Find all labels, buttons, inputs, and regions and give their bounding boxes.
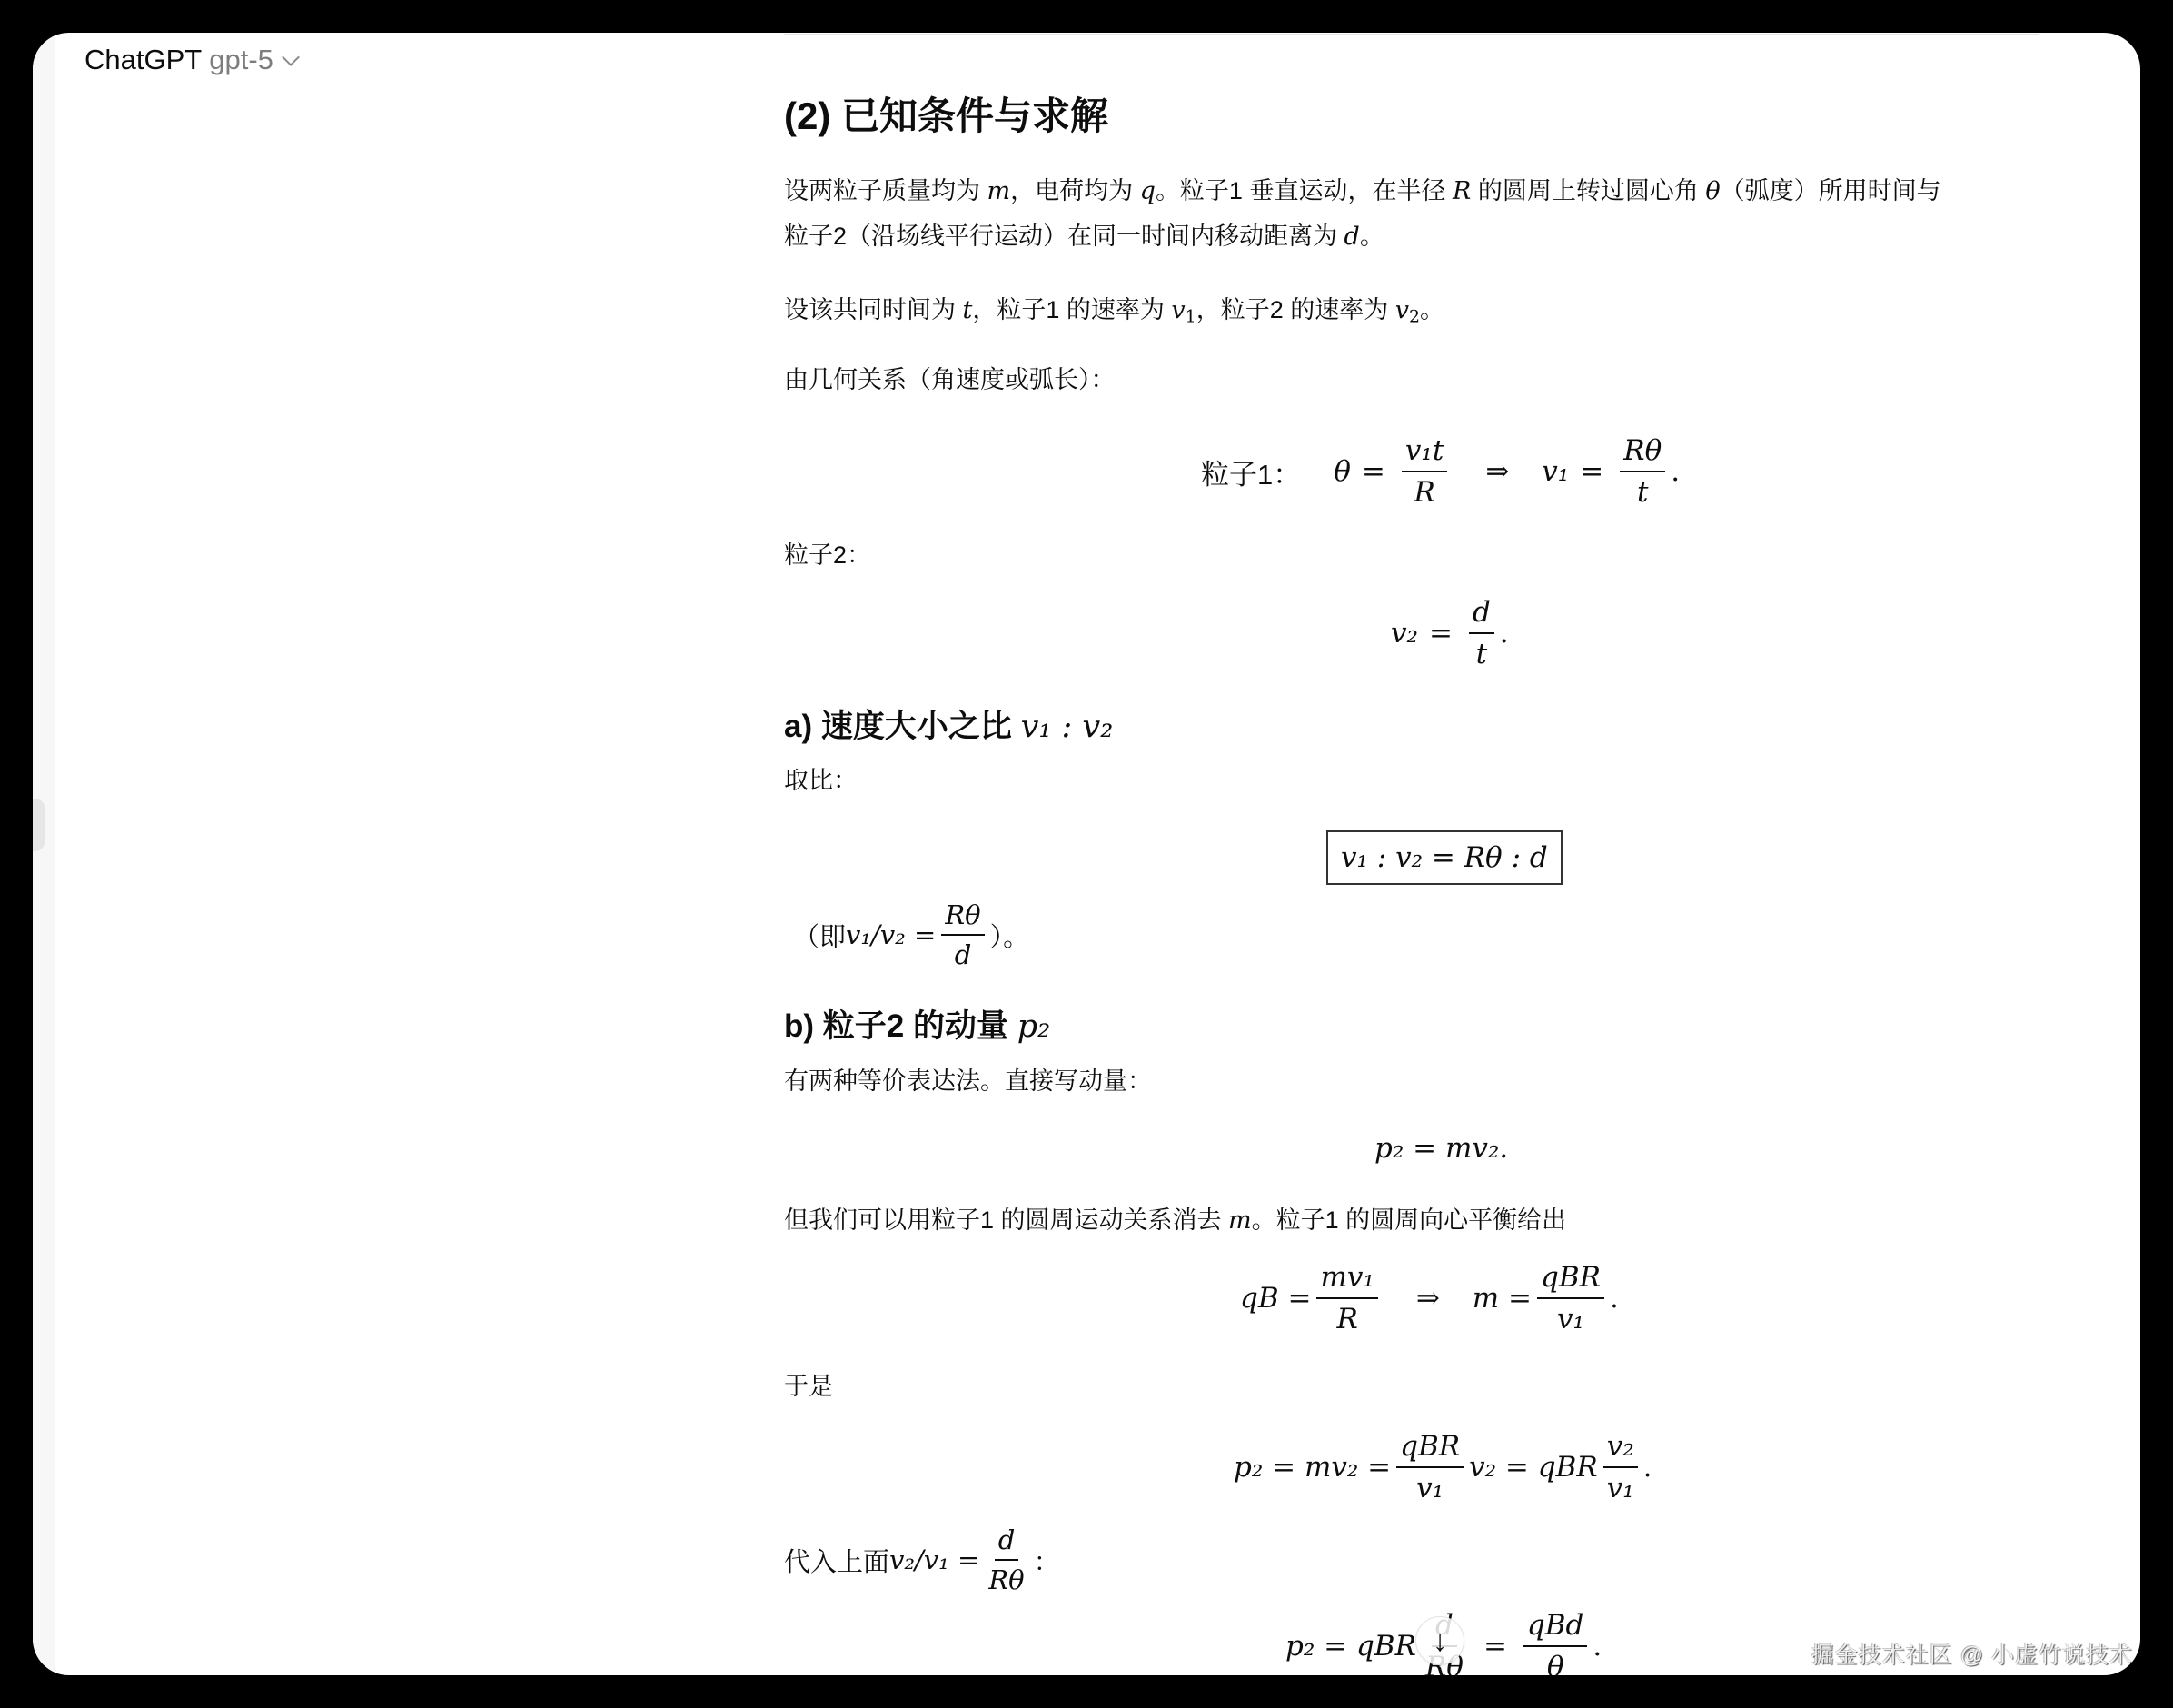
intro-line-2: 粒子2（沿场线平行运动）在同一时间内移动距离为 d。 — [784, 224, 1384, 249]
text: （即 — [793, 917, 846, 954]
chat-window: ChatGPT gpt-5 (2) 已知条件与求解 设两粒子质量均为 m，电荷均… — [33, 33, 2140, 1675]
model-selector[interactable]: ChatGPT gpt-5 — [84, 44, 297, 76]
math: v₁ : v₂ = Rθ : d — [1341, 841, 1548, 874]
take-ratio-text: 取比： — [784, 769, 858, 793]
thus-text: 于是 — [784, 1375, 833, 1399]
section-title: (2) 已知条件与求解 — [784, 86, 1108, 141]
math-v1: v1 — [1171, 296, 1196, 324]
arrow-down-icon: ↓ — [1433, 1624, 1447, 1658]
math: v₂/v₁ = — [889, 1544, 979, 1575]
text: ）。 — [990, 917, 1030, 954]
text: 但我们可以用粒子1 的圆周运动关系消去 — [784, 1207, 1228, 1234]
heading-math: p₂ — [1017, 1008, 1050, 1045]
fraction: v₁tR — [1402, 434, 1447, 509]
equation-momentum-chain: p₂ = mv₂ = qBRv₁ v₂ = qBR v₂v₁. — [1234, 1430, 1652, 1504]
text: ，粒子1 的速率为 — [972, 296, 1171, 323]
sidebar-divider — [33, 313, 55, 313]
text: 设该共同时间为 — [784, 296, 963, 323]
fraction: Rθd — [941, 899, 984, 970]
math-q: q — [1140, 177, 1156, 205]
implies-symbol: ⇒ — [1485, 455, 1509, 488]
text: 。粒子1 垂直运动，在半径 — [1156, 177, 1453, 204]
ratio-note: （即 v₁/v₂ = Rθd ）。 — [793, 899, 1029, 970]
heading-math: v₁ : v₂ — [1021, 709, 1114, 745]
text: 的圆周上转过圆心角 — [1471, 177, 1705, 204]
text: ，电荷均为 — [1010, 177, 1140, 204]
math-m: m — [1228, 1207, 1252, 1235]
text: 。 — [1420, 296, 1444, 323]
model-name: gpt-5 — [209, 44, 273, 76]
text: （弧度）所用时间与 — [1721, 177, 1941, 204]
eq-label: 粒子1： — [1201, 452, 1301, 492]
math: v₂ — [1391, 617, 1418, 650]
geometry-intro: 由几何关系（角速度或弧长）： — [784, 368, 1116, 392]
fraction: Rθt — [1620, 434, 1665, 509]
equation-momentum: p₂ = mv₂. — [1374, 1132, 1508, 1165]
math-t: t — [963, 296, 973, 324]
math: m = — [1473, 1282, 1532, 1315]
text: ，粒子2 的速率为 — [1196, 296, 1395, 323]
scroll-to-bottom-button[interactable]: ↓ — [1415, 1616, 1464, 1665]
heading-text: b) 粒子2 的动量 — [784, 1008, 1017, 1044]
math-theta: θ — [1705, 177, 1720, 205]
particle2-label: 粒子2： — [784, 543, 871, 568]
sidebar-collapsed[interactable] — [33, 33, 55, 1675]
math: p₂ = mv₂. — [1374, 1132, 1508, 1165]
math-v2: v2 — [1395, 296, 1420, 324]
fraction: qBRv₁ — [1396, 1430, 1464, 1504]
fraction: dRθ — [985, 1524, 1027, 1595]
sidebar-resize-handle[interactable] — [33, 799, 45, 851]
math: v₁/v₂ = — [846, 919, 936, 950]
fraction: mv₁R — [1316, 1261, 1377, 1336]
app-name: ChatGPT — [84, 44, 202, 76]
watermark: 掘金技术社区 @ 小虚竹说技术 — [1811, 1637, 2133, 1670]
math-R: R — [1453, 177, 1471, 205]
intro-line-1: 设两粒子质量均为 m，电荷均为 q。粒子1 垂直运动，在半径 R 的圆周上转过圆… — [784, 179, 1941, 204]
math: p₂ = qBR — [1285, 1630, 1416, 1663]
text: 。粒子1 的圆周向心平衡给出 — [1252, 1207, 1567, 1234]
math: θ — [1334, 455, 1351, 488]
equation-particle2: v₂= dt. — [1391, 596, 1509, 670]
math-m: m — [987, 177, 1011, 205]
implies-symbol: ⇒ — [1416, 1282, 1440, 1315]
text: ： — [1034, 1542, 1060, 1579]
heading-text: a) 速度大小之比 — [784, 709, 1021, 744]
substitute-text: 代入上面 v₂/v₁ = dRθ ： — [784, 1524, 1060, 1595]
fraction: v₂v₁ — [1603, 1430, 1638, 1504]
assistant-message: (2) 已知条件与求解 设两粒子质量均为 m，电荷均为 q。粒子1 垂直运动，在… — [784, 33, 2056, 1675]
math: v₁ — [1542, 455, 1569, 488]
fraction: qBdθ — [1523, 1609, 1587, 1675]
part-a-heading: a) 速度大小之比 v₁ : v₂ — [784, 701, 1113, 747]
equation-centripetal: qB = mv₁R ⇒ m = qBRv₁. — [1240, 1261, 1619, 1336]
time-speed-definition: 设该共同时间为 t，粒子1 的速率为 v1，粒子2 的速率为 v2。 — [784, 298, 1444, 326]
math: v₂ = qBR — [1469, 1451, 1598, 1484]
equation-particle1: 粒子1： θ= v₁tR ⇒ v₁= Rθt. — [1201, 434, 1680, 509]
fraction: dt — [1469, 596, 1494, 670]
text: 粒子2（沿场线平行运动）在同一时间内移动距离为 — [784, 223, 1344, 250]
text: 。 — [1360, 223, 1384, 250]
fraction: qBRv₁ — [1537, 1261, 1604, 1336]
text: 设两粒子质量均为 — [784, 177, 987, 204]
text: 代入上面 — [784, 1542, 889, 1579]
momentum-intro: 有两种等价表达法。直接写动量： — [784, 1069, 1152, 1094]
math: p₂ = mv₂ = — [1234, 1451, 1391, 1484]
chevron-down-icon — [282, 48, 300, 66]
math: qB = — [1240, 1282, 1311, 1315]
math-d: d — [1344, 223, 1360, 251]
boxed-ratio-result: v₁ : v₂ = Rθ : d — [1326, 830, 1563, 885]
part-b-heading: b) 粒子2 的动量 p₂ — [784, 1001, 1050, 1047]
eliminate-m-text: 但我们可以用粒子1 的圆周运动关系消去 m。粒子1 的圆周向心平衡给出 — [784, 1208, 1566, 1233]
